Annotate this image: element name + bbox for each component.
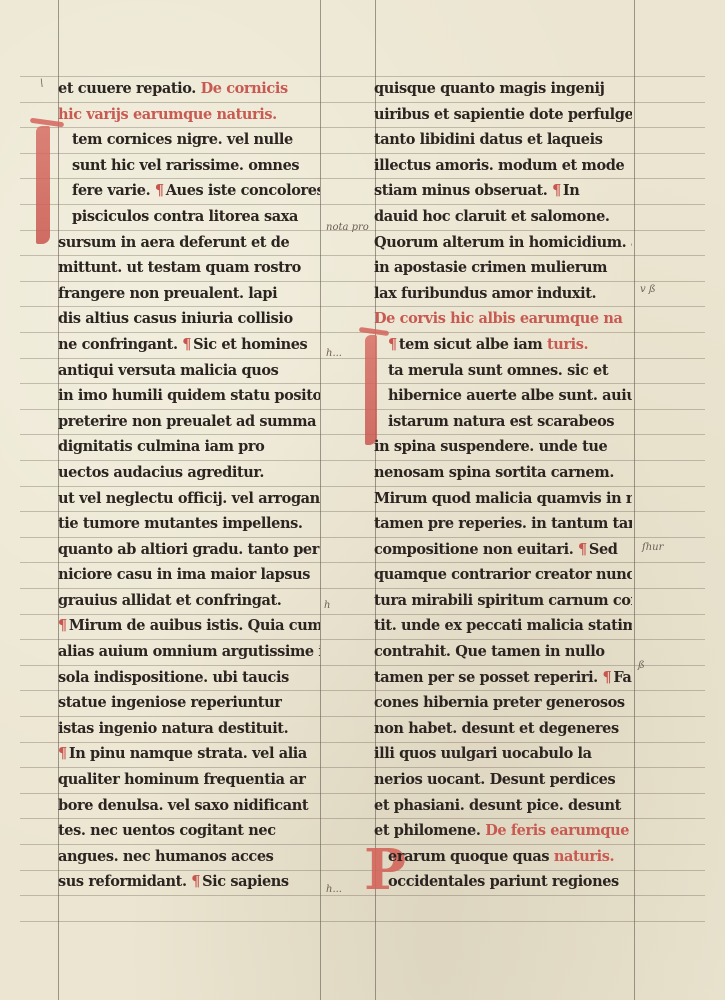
marginal-note: nota pro	[326, 222, 369, 233]
left-column: et cuuere repatio. De cornicishic varijs…	[58, 76, 320, 895]
text-line: grauius allidat et confringat.	[58, 588, 320, 614]
text-line: bore denulsa. vel saxo nidificant	[58, 793, 320, 819]
text-span: Mirum quod malicia quamvis in nullo	[374, 490, 632, 507]
text-line: in spina suspendere. unde tue	[374, 434, 632, 460]
text-span: tamen pre reperies. in tantum tam	[374, 515, 632, 532]
text-span: tes. nec uentos cogitant nec	[58, 822, 276, 839]
text-line: fere varie. ¶Aues iste concolores	[58, 178, 320, 204]
text-line: ¶Mirum de auibus istis. Quia cum	[58, 613, 320, 639]
text-span: et phasiani. desunt pice. desunt	[374, 797, 621, 814]
text-line: qualiter hominum frequentia ar	[58, 767, 320, 793]
marginal-note: h...	[326, 884, 342, 895]
text-line: sunt hic vel rarissime. omnes	[58, 153, 320, 179]
text-line: non habet. desunt et degeneres	[374, 716, 632, 742]
text-span: Quorum alterum in homicidium. alterum	[374, 234, 632, 251]
pilcrow-mark: ¶	[547, 182, 560, 199]
text-line: Quorum alterum in homicidium. alterum	[374, 230, 632, 256]
text-line: frangere non preualent. lapi	[58, 281, 320, 307]
rubric-heading: hic varijs earumque naturis.	[58, 106, 277, 123]
text-line: antiqui versuta malicia quos	[58, 358, 320, 384]
text-line: et cuuere repatio. De cornicis	[58, 76, 320, 102]
text-line: quisque quanto magis ingenij	[374, 76, 632, 102]
text-line: statue ingeniose reperiuntur	[58, 690, 320, 716]
text-span: qualiter hominum frequentia ar	[58, 771, 305, 788]
text-line: nerios uocant. Desunt perdices	[374, 767, 632, 793]
text-line: dis altius casus iniuria collisio	[58, 306, 320, 332]
text-span: In pinu namque strata. vel alia	[69, 745, 307, 762]
marginal-note: ſhur	[642, 542, 663, 553]
text-span: tit. unde ex peccati malicia statim	[374, 617, 632, 634]
text-line: dauid hoc claruit et salomone.	[374, 204, 632, 230]
text-span: statue ingeniose reperiuntur	[58, 694, 281, 711]
text-line: istarum natura est scarabeos	[374, 409, 632, 435]
text-span: uiribus et sapientie dote perfulget.	[374, 106, 632, 123]
rubric-heading: De feris earumque	[485, 822, 629, 839]
text-span: sus reformidant.	[58, 873, 187, 890]
text-span: antiqui versuta malicia quos	[58, 362, 278, 379]
marginal-note: h...	[326, 348, 342, 359]
text-span: sunt hic vel rarissime. omnes	[72, 157, 299, 174]
text-line: niciore casu in ima maior lapsus	[58, 562, 320, 588]
text-span: in imo humili quidem statu positos	[58, 387, 320, 404]
text-line: et philomene. De feris earumque	[374, 818, 632, 844]
ruling-right-outer	[634, 0, 635, 1000]
pilcrow-mark: ¶	[150, 182, 163, 199]
text-line: preterire non preualet ad summa	[58, 409, 320, 435]
text-span: Sic sapiens	[202, 873, 289, 890]
text-span: stiam minus obseruat.	[374, 182, 547, 199]
text-span: in spina suspendere. unde tue	[374, 438, 607, 455]
rubric-heading: De corvis hic albis earumque na	[374, 310, 622, 327]
text-span: tem sicut albe iam	[399, 336, 542, 353]
text-line: tes. nec uentos cogitant nec	[58, 818, 320, 844]
text-line: in apostasie crimen mulierum	[374, 255, 632, 281]
text-span: tura mirabili spiritum carnum conuer	[374, 592, 632, 609]
text-line: tanto libidini datus et laqueis	[374, 127, 632, 153]
text-line: ut vel neglectu officij. vel arroganti	[58, 486, 320, 512]
text-span: tem cornices nigre. vel nulle	[72, 131, 293, 148]
text-line: illi quos uulgari uocabulo la	[374, 741, 632, 767]
text-span: uectos audacius agreditur.	[58, 464, 264, 481]
pilcrow-mark: ¶	[58, 745, 67, 762]
text-span: nerios uocant. Desunt perdices	[374, 771, 615, 788]
text-line: contrahit. Que tamen in nullo	[374, 639, 632, 665]
text-line: illectus amoris. modum et mode	[374, 153, 632, 179]
text-line: De corvis hic albis earumque na	[374, 306, 632, 332]
text-line: cones hibernia preter generosos	[374, 690, 632, 716]
text-line: ¶In pinu namque strata. vel alia	[58, 741, 320, 767]
text-line: mittunt. ut testam quam rostro	[58, 255, 320, 281]
text-line: ta merula sunt omnes. sic et	[374, 358, 632, 384]
text-span: Mirum de auibus istis. Quia cum	[69, 617, 320, 634]
text-span: ut vel neglectu officij. vel arroganti	[58, 490, 320, 507]
text-span: lax furibundus amor induxit.	[374, 285, 596, 302]
text-line: quanto ab altiori gradu. tanto per	[58, 537, 320, 563]
text-span: et cuuere repatio.	[58, 80, 196, 97]
text-span: Sic et homines	[193, 336, 307, 353]
text-span: contrahit. Que tamen in nullo	[374, 643, 605, 660]
text-line: sursum in aera deferunt et de	[58, 230, 320, 256]
text-span: Aues iste concolores	[166, 182, 320, 199]
text-span: dis altius casus iniuria collisio	[58, 310, 293, 327]
text-span: In	[563, 182, 580, 199]
text-span: illi quos uulgari uocabulo la	[374, 745, 592, 762]
text-span: Fal	[613, 669, 632, 686]
text-span: ne confringant.	[58, 336, 178, 353]
text-line: stiam minus obseruat. ¶In	[374, 178, 632, 204]
text-line: angues. nec humanos acces	[58, 844, 320, 870]
text-span: Sed	[589, 541, 618, 558]
text-line: compositione non euitari. ¶Sed	[374, 537, 632, 563]
text-span: pisciculos contra litorea saxa	[72, 208, 298, 225]
text-line: sus reformidant. ¶Sic sapiens	[58, 869, 320, 895]
text-line: lax furibundus amor induxit.	[374, 281, 632, 307]
text-line: alias auium omnium argutissime in	[58, 639, 320, 665]
initial-I-left-column	[36, 126, 50, 244]
text-span: dauid hoc claruit et salomone.	[374, 208, 610, 225]
text-span: quamque contrarior creator nunc	[374, 566, 632, 583]
text-line: tie tumore mutantes impellens.	[58, 511, 320, 537]
text-span: nenosam spina sortita carnem.	[374, 464, 614, 481]
pilcrow-mark: ¶	[573, 541, 586, 558]
text-span: niciore casu in ima maior lapsus	[58, 566, 310, 583]
pilcrow-mark: ¶	[58, 617, 67, 634]
rubric-heading: naturis.	[554, 848, 614, 865]
ruling-left-inner	[320, 0, 321, 1000]
text-span: fere varie.	[72, 182, 150, 199]
pilcrow-mark: ¶	[187, 873, 200, 890]
pilcrow-mark: ¶	[178, 336, 191, 353]
text-line: in imo humili quidem statu positos	[58, 383, 320, 409]
marginal-note: h	[324, 600, 330, 611]
text-span: cones hibernia preter generosos	[374, 694, 625, 711]
text-span: sursum in aera deferunt et de	[58, 234, 289, 251]
text-line: tura mirabili spiritum carnum conuer	[374, 588, 632, 614]
text-line: dignitatis culmina iam pro	[58, 434, 320, 460]
text-span: non habet. desunt et degeneres	[374, 720, 619, 737]
text-line: uectos audacius agreditur.	[58, 460, 320, 486]
text-line: ¶tem sicut albe iam turis.	[374, 332, 632, 358]
text-span: illectus amoris. modum et mode	[374, 157, 624, 174]
text-span: angues. nec humanos acces	[58, 848, 273, 865]
text-span: tanto libidini datus et laqueis	[374, 131, 603, 148]
text-span: ta merula sunt omnes. sic et	[388, 362, 608, 379]
text-span: istas ingenio natura destituit.	[58, 720, 288, 737]
text-span: frangere non preualent. lapi	[58, 285, 277, 302]
text-line: hibernice auerte albe sunt. auium	[374, 383, 632, 409]
text-span: in apostasie crimen mulierum	[374, 259, 607, 276]
text-line: ne confringant. ¶Sic et homines	[58, 332, 320, 358]
text-span: hibernice auerte albe sunt. auium	[388, 387, 632, 404]
text-span: occidentales pariunt regiones	[388, 873, 619, 890]
text-span: grauius allidat et confringat.	[58, 592, 281, 609]
text-line: occidentales pariunt regiones	[374, 869, 632, 895]
text-span: tamen per se posset reperiri.	[374, 669, 598, 686]
text-span: alias auium omnium argutissime in	[58, 643, 320, 660]
rubric-heading: turis.	[547, 336, 588, 353]
text-span: compositione non euitari.	[374, 541, 573, 558]
text-line: uiribus et sapientie dote perfulget.	[374, 102, 632, 128]
text-line: nenosam spina sortita carnem.	[374, 460, 632, 486]
marginal-note: \	[40, 78, 43, 89]
text-span: quanto ab altiori gradu. tanto per	[58, 541, 319, 558]
text-line: pisciculos contra litorea saxa	[58, 204, 320, 230]
text-span: bore denulsa. vel saxo nidificant	[58, 797, 308, 814]
text-line: erarum quoque quas naturis.	[374, 844, 632, 870]
text-line: istas ingenio natura destituit.	[58, 716, 320, 742]
text-span: mittunt. ut testam quam rostro	[58, 259, 301, 276]
ruling-line	[20, 895, 705, 896]
text-span: dignitatis culmina iam pro	[58, 438, 264, 455]
text-line: tit. unde ex peccati malicia statim	[374, 613, 632, 639]
pilcrow-mark: ¶	[598, 669, 611, 686]
text-span: preterire non preualet ad summa	[58, 413, 316, 430]
text-line: tamen pre reperies. in tantum tam	[374, 511, 632, 537]
text-span: tie tumore mutantes impellens.	[58, 515, 303, 532]
pilcrow-mark: ¶	[388, 336, 397, 353]
text-line: hic varijs earumque naturis.	[58, 102, 320, 128]
marginal-note: ß	[638, 660, 645, 671]
text-span: erarum quoque quas	[388, 848, 549, 865]
right-column: quisque quanto magis ingenijuiribus et s…	[374, 76, 632, 895]
text-line: Mirum quod malicia quamvis in nullo	[374, 486, 632, 512]
text-line: tem cornices nigre. vel nulle	[58, 127, 320, 153]
text-line: et phasiani. desunt pice. desunt	[374, 793, 632, 819]
text-line: sola indispositione. ubi taucis	[58, 665, 320, 691]
text-line: quamque contrarior creator nunc	[374, 562, 632, 588]
marginal-note: v ß	[640, 284, 656, 295]
text-line: tamen per se posset reperiri. ¶Fal	[374, 665, 632, 691]
ruling-line	[20, 921, 705, 922]
text-span: istarum natura est scarabeos	[388, 413, 614, 430]
text-span: quisque quanto magis ingenij	[374, 80, 604, 97]
text-span: et philomene.	[374, 822, 481, 839]
rubric-heading: De cornicis	[201, 80, 288, 97]
text-span: sola indispositione. ubi taucis	[58, 669, 289, 686]
